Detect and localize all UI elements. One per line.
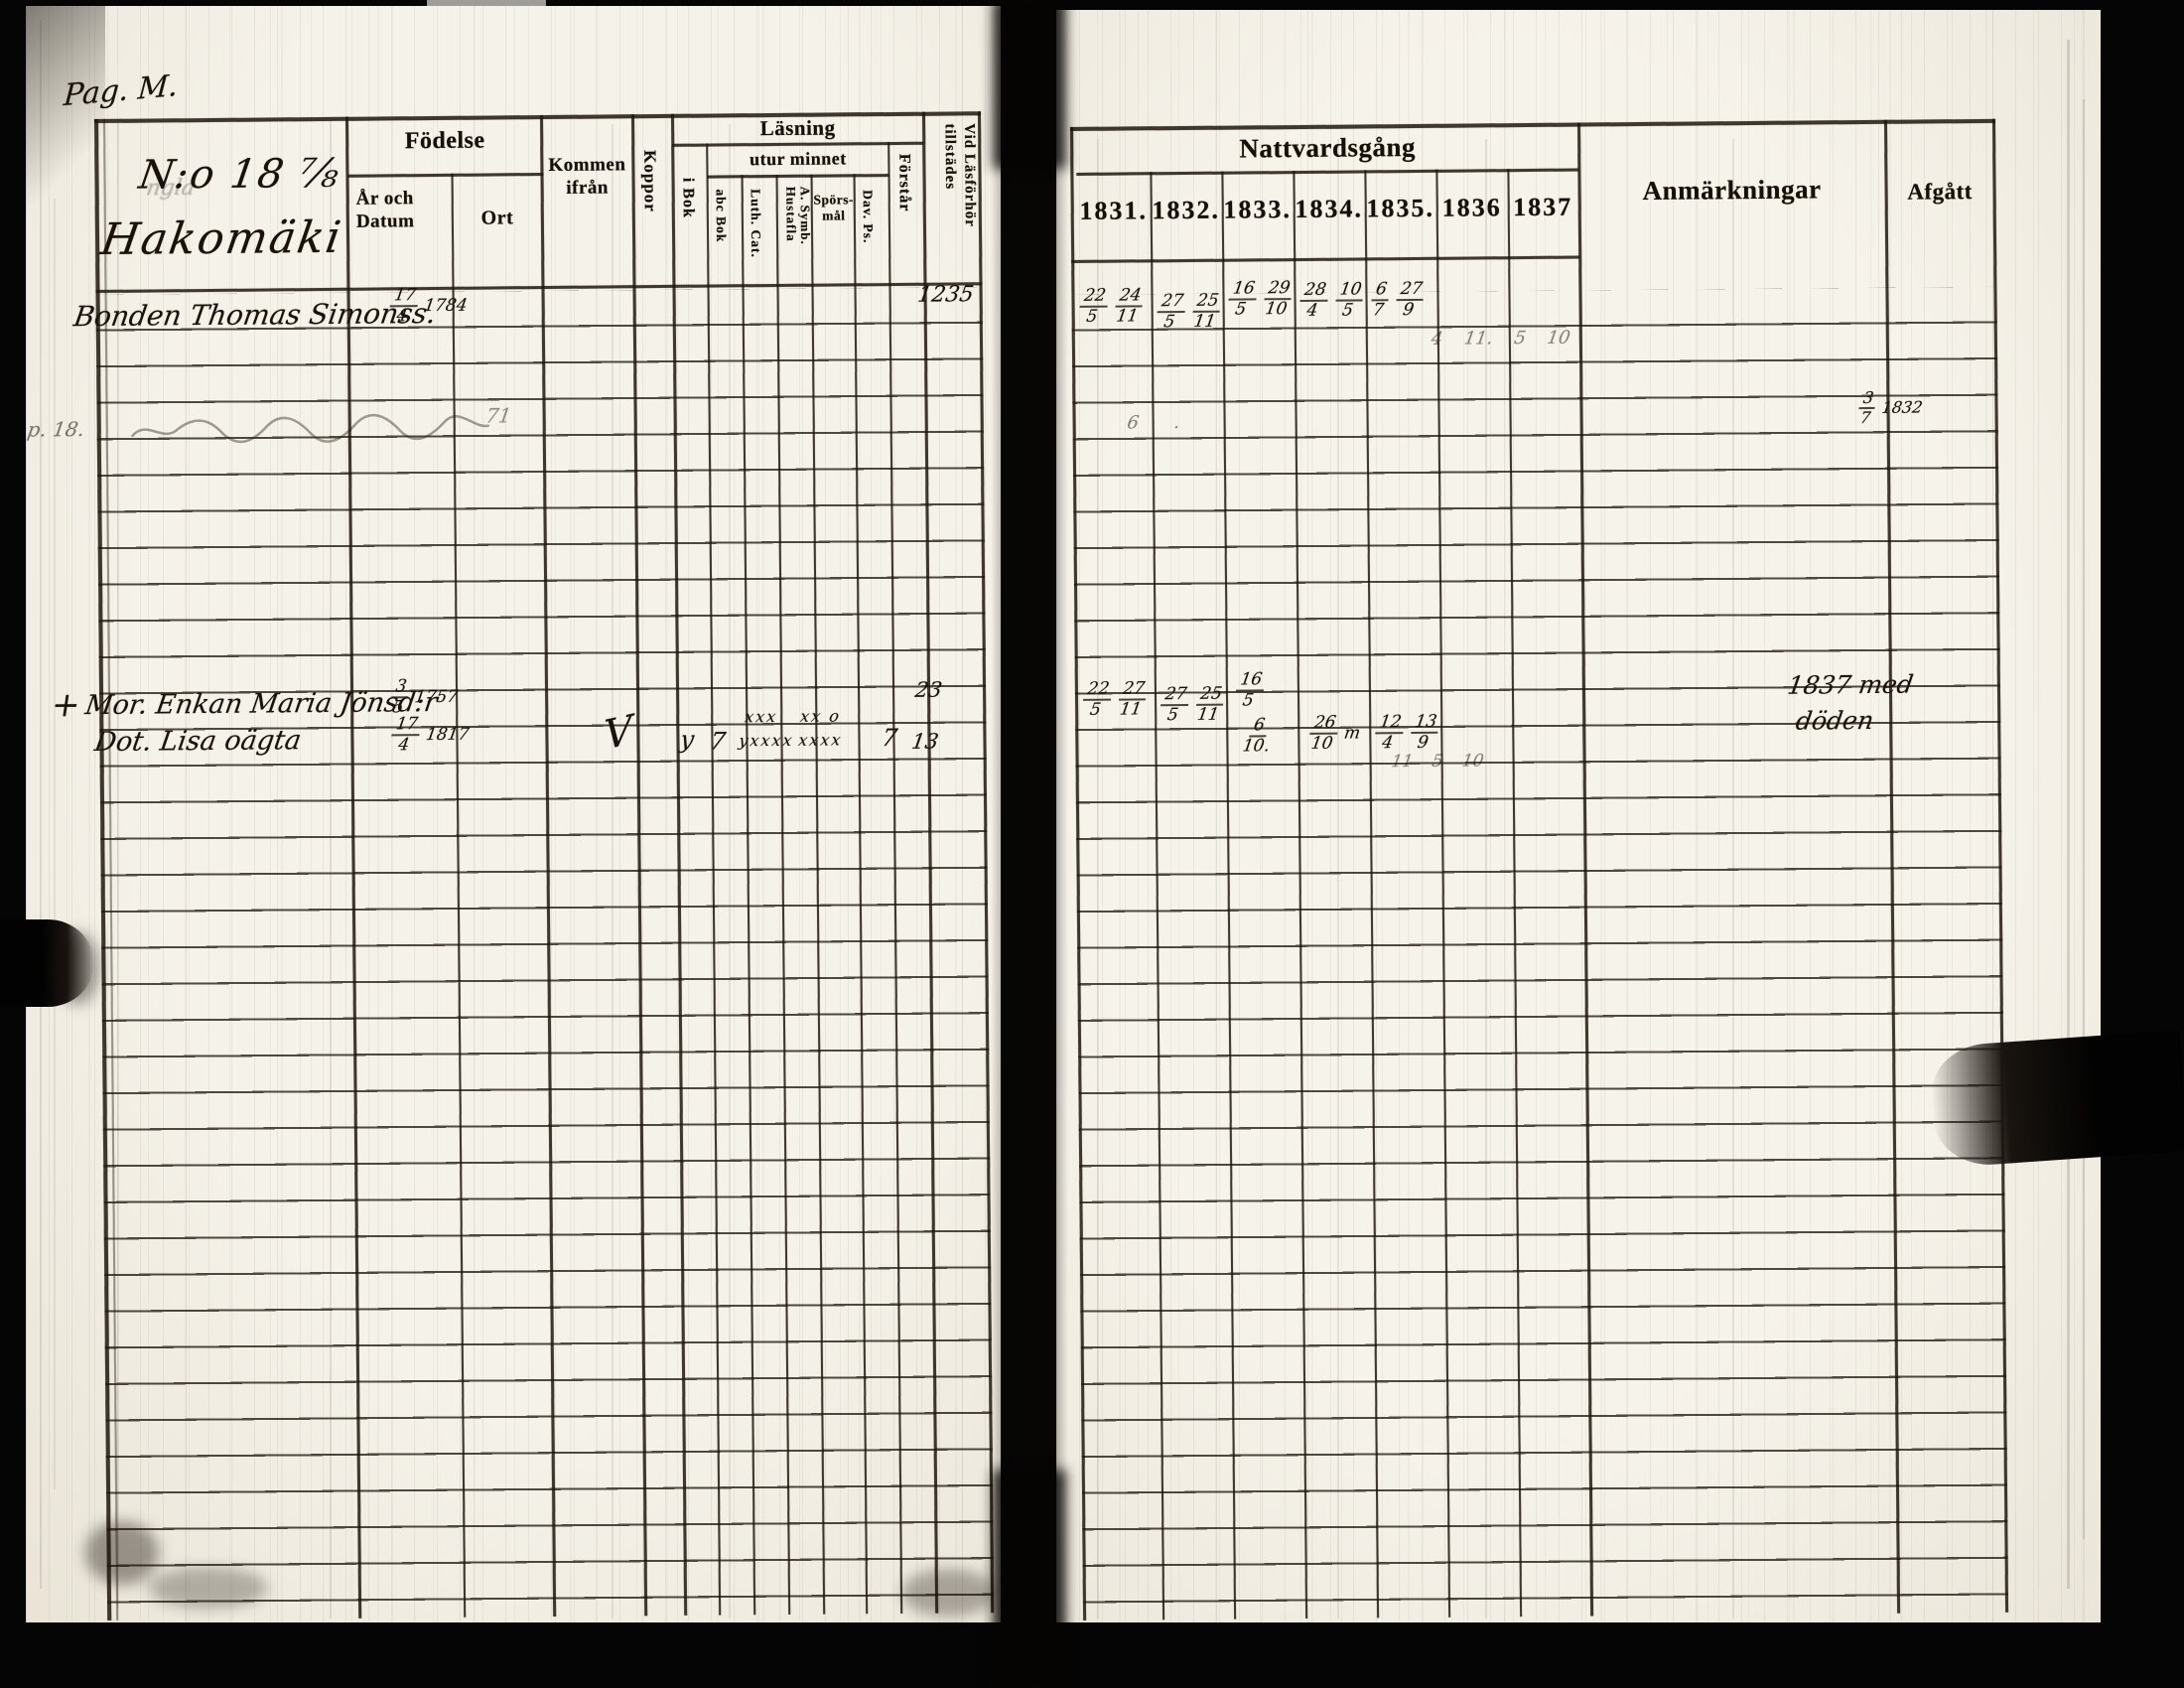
scan-streak (117, 119, 119, 1609)
communion-dates-1831: 2252411 (1073, 287, 1150, 326)
column-header-dav-ps: Dav. Ps. (860, 190, 877, 281)
ink-smudge (85, 1521, 159, 1585)
column-header-sporsmal: Spörs- mål (812, 192, 856, 222)
entry-name: Dot. Lisa oägta (92, 725, 303, 758)
faded-handwriting (127, 405, 524, 448)
faint-communion-marks: 4 11. 5 10 (1430, 328, 1571, 350)
departed-note: 1837 med (1786, 670, 1915, 700)
scan-streak (1337, 139, 1339, 1618)
entry-birthdate: 351757 (384, 678, 464, 717)
column-header-a-symb-hustafla: A. Symb. Hustafla (778, 187, 813, 282)
binding-shadow-top (993, 0, 1066, 169)
entry-name: Bonden Thomas Simonss. (71, 297, 438, 333)
reading-marks-symb: xx o (799, 706, 843, 725)
grid-line-vertical (1221, 172, 1236, 1619)
grid-line-vertical (345, 117, 361, 1618)
column-header-i-bok: i Bok (679, 178, 698, 281)
grid-line-vertical (811, 175, 826, 1615)
grid-line-horizontal (708, 174, 889, 179)
grid-line-vertical (776, 175, 791, 1615)
grid-line-vertical (1577, 123, 1593, 1617)
attendance-mark: 13 (910, 730, 940, 754)
scan-streak (612, 124, 614, 1618)
village-name: Hakomäki (97, 212, 345, 265)
binding-shadow-bottom (993, 1470, 1066, 1688)
scan-streak (1485, 139, 1487, 1618)
column-header-forstar: Förstår (894, 154, 913, 283)
column-header-koppor: Koppor (639, 150, 660, 287)
communion-dates-1834: 2610m (1302, 714, 1365, 753)
grid-line-vertical (1435, 170, 1450, 1618)
year-header-1836: 1836 (1436, 193, 1508, 223)
column-header-nattvardsgang: Nattvardsgång (1076, 131, 1578, 166)
entry-birthdate: 1741784 (383, 287, 474, 326)
scan-streak (54, 199, 56, 1489)
communion-dates-1831: 2252711 (1076, 680, 1153, 719)
grid-line-vertical (540, 115, 556, 1617)
year-header-1834: 1834. (1294, 194, 1365, 224)
communion-dates-1835: 67279 (1365, 281, 1431, 320)
column-header-lasning: Läsning (672, 115, 923, 142)
year-header-1837: 1837 (1508, 193, 1578, 223)
column-header-ar-och-datum: År och Datum (356, 188, 444, 233)
faint-communion-marks: 11 5 10 (1390, 751, 1485, 772)
grid-line-vertical (922, 112, 938, 1614)
scan-streak (40, 20, 42, 1589)
communion-dates-1833: 1652910 (1222, 280, 1298, 319)
left-table: Födelse År och Datum Ort Kommen ifrån Ko… (94, 111, 994, 1620)
grid-line-vertical (854, 174, 869, 1614)
column-header-fodelse: Födelse (347, 127, 542, 156)
grid-line-vertical (1507, 169, 1522, 1617)
reading-marks-symb: xxxx (797, 730, 844, 749)
grid-line-vertical (706, 144, 721, 1616)
grid-line-vertical (631, 114, 647, 1616)
communion-dates-1832: 2752511 (1154, 686, 1230, 725)
page-edge-shadow (26, 6, 105, 224)
year-header-1832: 1832. (1151, 196, 1222, 226)
communion-dates-1833: 610. (1238, 717, 1279, 755)
scan-streak (330, 119, 332, 1618)
reading-mark-i-bok: y (678, 726, 696, 754)
departed-date: 371832 (1852, 389, 1928, 426)
reading-marks-luth: xxx (744, 707, 779, 726)
column-header-luth-cat: Luth. Cat. (748, 189, 764, 282)
scan-streak (1732, 139, 1734, 1618)
grid-line-vertical (451, 174, 466, 1618)
column-header-ort: Ort (455, 207, 540, 230)
grid-line-horizontal (1071, 256, 1579, 263)
grid-line-vertical (1150, 172, 1164, 1619)
entry-birthdate: 1741817 (385, 716, 476, 755)
column-header-vid-lasforhor: Vid Läsförhör tillstädes (926, 123, 979, 284)
scan-streak (2067, 40, 2070, 1589)
column-header-abc-bok: abc Bok (713, 189, 730, 282)
grid-line-horizontal (96, 282, 983, 293)
scan-streak (2083, 99, 2085, 1539)
column-header-utur-minnet: utur minnet (707, 148, 888, 171)
grid-line-vertical (887, 142, 902, 1614)
column-header-afgatt: Afgått (1886, 179, 1992, 206)
scan-streak (1097, 139, 1099, 1618)
ink-smudge (901, 1569, 996, 1617)
ink-smudge (149, 1567, 268, 1609)
right-table: Nattvardsgång 1831. 1832. 1833. 1834. 18… (1070, 119, 2008, 1620)
departed-note: döden (1794, 706, 1875, 736)
grid-line-horizontal (672, 142, 923, 147)
scan-streak (729, 124, 731, 1618)
household-number: N:o 18 ⅞ (136, 151, 343, 199)
grid-line-vertical (671, 114, 687, 1616)
column-header-kommen-ifran: Kommen ifrån (543, 154, 630, 200)
grid-line-vertical (742, 175, 756, 1615)
communion-dates-1834: 284105 (1294, 281, 1370, 320)
communion-dates-1833: 165 (1229, 671, 1270, 709)
margin-note: p. 18. (26, 417, 86, 442)
communion-dates-1832: 2752511 (1151, 293, 1227, 332)
book-binding-gutter (991, 0, 1068, 1688)
reading-mark-forstar: 7 (880, 724, 898, 752)
communion-dates-1835: 124139 (1368, 714, 1444, 753)
row-lines (1071, 287, 2008, 1618)
year-header-1833: 1833. (1222, 195, 1294, 225)
year-header-1831: 1831. (1077, 196, 1151, 226)
vaccination-check-mark: V (603, 707, 633, 760)
scanned-ledger-spread: Pag. M. Födelse År och Datum Ort Kommen … (0, 0, 2184, 1688)
ink-smudge (56, 931, 99, 1005)
grid-line-vertical (1293, 171, 1307, 1618)
faint-mark: 71 (484, 403, 513, 427)
year-header-1835: 1835. (1365, 194, 1436, 224)
grid-line-horizontal (347, 173, 543, 178)
grid-line-vertical (1364, 170, 1379, 1618)
grid-line-vertical (1884, 120, 1900, 1614)
